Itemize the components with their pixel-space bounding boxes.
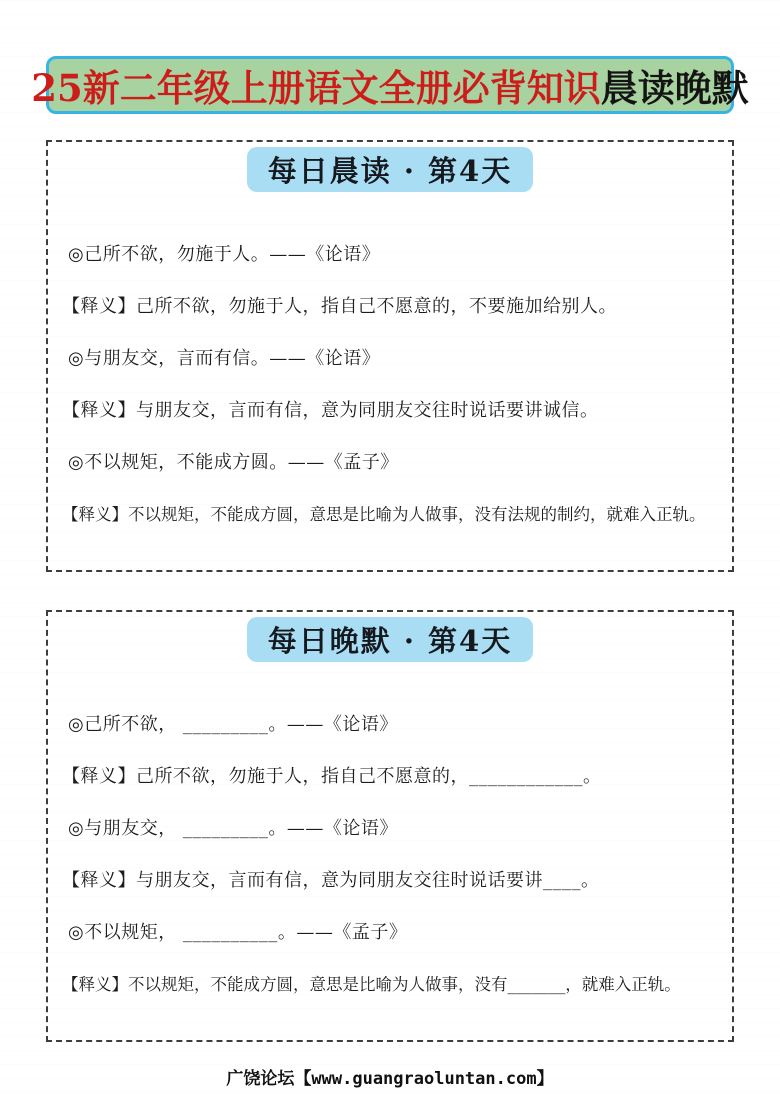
quote-line: ◎与朋友交，言而有信。——《论语》 [62,340,718,378]
explanation-line-blank: 【释义】与朋友交，言而有信，意为同朋友交往时说话要讲____。 [62,862,718,900]
quote-line: ◎己所不欲，勿施于人。——《论语》 [62,236,718,274]
explanation-line: 【释义】己所不欲，勿施于人，指自己不愿意的，不要施加给别人。 [62,288,718,326]
quote-line-blank: ◎己所不欲， _________。——《论语》 [62,706,718,744]
explanation-line: 【释义】不以规矩，不能成方圆，意思是比喻为人做事，没有法规的制约，就难入正轨。 [62,496,718,534]
footer-watermark: 广饶论坛【www.guangraoluntan.com】 [0,1064,780,1089]
banner-red-text: 25新二年级上册语文全册必背知识 [31,58,601,112]
quote-line-blank: ◎不以规矩， __________。——《孟子》 [62,914,718,952]
quote-line-blank: ◎与朋友交， _________。——《论语》 [62,810,718,848]
morning-reading-body: ◎己所不欲，勿施于人。——《论语》 【释义】己所不欲，勿施于人，指自己不愿意的，… [48,192,732,534]
quote-line: ◎不以规矩，不能成方圆。——《孟子》 [62,444,718,482]
morning-reading-section: 每日晨读 · 第4天 ◎己所不欲，勿施于人。——《论语》 【释义】己所不欲，勿施… [46,140,734,572]
evening-dictation-body: ◎己所不欲， _________。——《论语》 【释义】己所不欲，勿施于人，指自… [48,662,732,1004]
banner-black-text: 晨读晚默 [601,58,749,112]
explanation-line: 【释义】与朋友交，言而有信，意为同朋友交往时说话要讲诚信。 [62,392,718,430]
morning-reading-title: 每日晨读 · 第4天 [247,147,533,192]
worksheet-page: 25新二年级上册语文全册必背知识晨读晚默 每日晨读 · 第4天 ◎己所不欲，勿施… [0,0,780,1103]
page-title-banner: 25新二年级上册语文全册必背知识晨读晚默 [46,56,734,114]
evening-dictation-section: 每日晚默 · 第4天 ◎己所不欲， _________。——《论语》 【释义】己… [46,610,734,1042]
explanation-line-blank: 【释义】己所不欲，勿施于人，指自己不愿意的，____________。 [62,758,718,796]
evening-dictation-title: 每日晚默 · 第4天 [247,617,533,662]
explanation-line-blank: 【释义】不以规矩，不能成方圆，意思是比喻为人做事，没有_______，就难入正轨… [62,966,718,1004]
